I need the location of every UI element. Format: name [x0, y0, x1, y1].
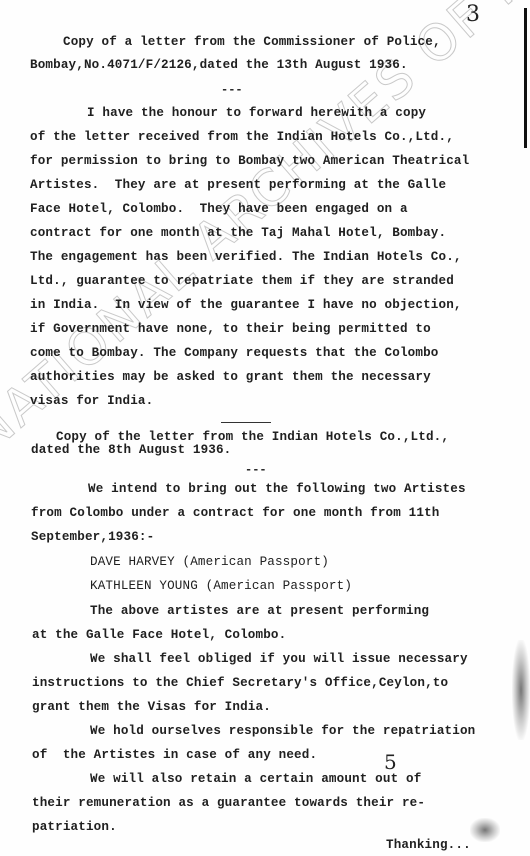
- letter-2-intro-line: September,1936:-: [31, 530, 154, 544]
- header-line-1: Copy of a letter from the Commissioner o…: [63, 35, 441, 49]
- letter-2-intro-line: We intend to bring out the following two…: [88, 482, 466, 496]
- scan-smudge: [470, 818, 500, 842]
- letter-2-paragraph-line: of the Artistes in case of any need.: [32, 748, 317, 762]
- letter-2-intro-line: from Colombo under a contract for one mo…: [31, 506, 440, 520]
- letter-1-line: I have the honour to forward herewith a …: [87, 106, 426, 120]
- section-divider: [221, 422, 271, 423]
- artiste-entry: KATHLEEN YOUNG (American Passport): [90, 579, 352, 593]
- margin-note: 5: [384, 750, 397, 774]
- letter-1-line: Ltd., guarantee to repatriate them if th…: [30, 274, 454, 288]
- letter-2-paragraph-line: We will also retain a certain amount out…: [90, 772, 421, 786]
- letter-1-line: authorities may be asked to grant them t…: [30, 370, 431, 384]
- subheader-line-1: Copy of the letter from the Indian Hotel…: [56, 430, 449, 444]
- artiste-entry: DAVE HARVEY (American Passport): [90, 555, 329, 569]
- letter-1-line: in India. In view of the guarantee I hav…: [30, 298, 462, 312]
- letter-2-paragraph-line: instructions to the Chief Secretary's Of…: [32, 676, 448, 690]
- letter-1-line: for permission to bring to Bombay two Am…: [30, 154, 469, 168]
- letter-1-line: of the letter received from the Indian H…: [30, 130, 454, 144]
- letter-2-paragraph-line: their remuneration as a guarantee toward…: [32, 796, 425, 810]
- letter-2-paragraph-line: We shall feel obliged if you will issue …: [90, 652, 468, 666]
- closing-text: Thanking...: [386, 838, 471, 852]
- binding-edge-mark: [524, 8, 527, 148]
- letter-1-line: Artistes. They are at present performing…: [30, 178, 446, 192]
- letter-1-line: Face Hotel, Colombo. They have been enga…: [30, 202, 408, 216]
- letter-2-paragraph-line: patriation.: [32, 820, 117, 834]
- header-line-2: Bombay,No.4071/F/2126,dated the 13th Aug…: [30, 58, 408, 72]
- page-number: 3: [466, 2, 480, 27]
- letter-1-line: visas for India.: [30, 394, 153, 408]
- subheader-line-2: dated the 8th August 1936.: [31, 443, 231, 457]
- separator-2: ---: [245, 463, 267, 477]
- letter-2-paragraph-line: We hold ourselves responsible for the re…: [90, 724, 475, 738]
- letter-1-line: contract for one month at the Taj Mahal …: [30, 226, 446, 240]
- document-page: NATIONAL ARCHIVES OF INDIA 3 Copy of a l…: [0, 0, 530, 856]
- separator-1: ---: [221, 83, 243, 97]
- letter-2-paragraph-line: at the Galle Face Hotel, Colombo.: [32, 628, 286, 642]
- letter-2-paragraph-line: The above artistes are at present perfor…: [90, 604, 429, 618]
- letter-1-line: The engagement has been verified. The In…: [30, 250, 462, 264]
- scan-smudge: [512, 640, 530, 740]
- letter-1-line: come to Bombay. The Company requests tha…: [30, 346, 439, 360]
- letter-2-paragraph-line: grant them the Visas for India.: [32, 700, 271, 714]
- letter-1-line: if Government have none, to their being …: [30, 322, 431, 336]
